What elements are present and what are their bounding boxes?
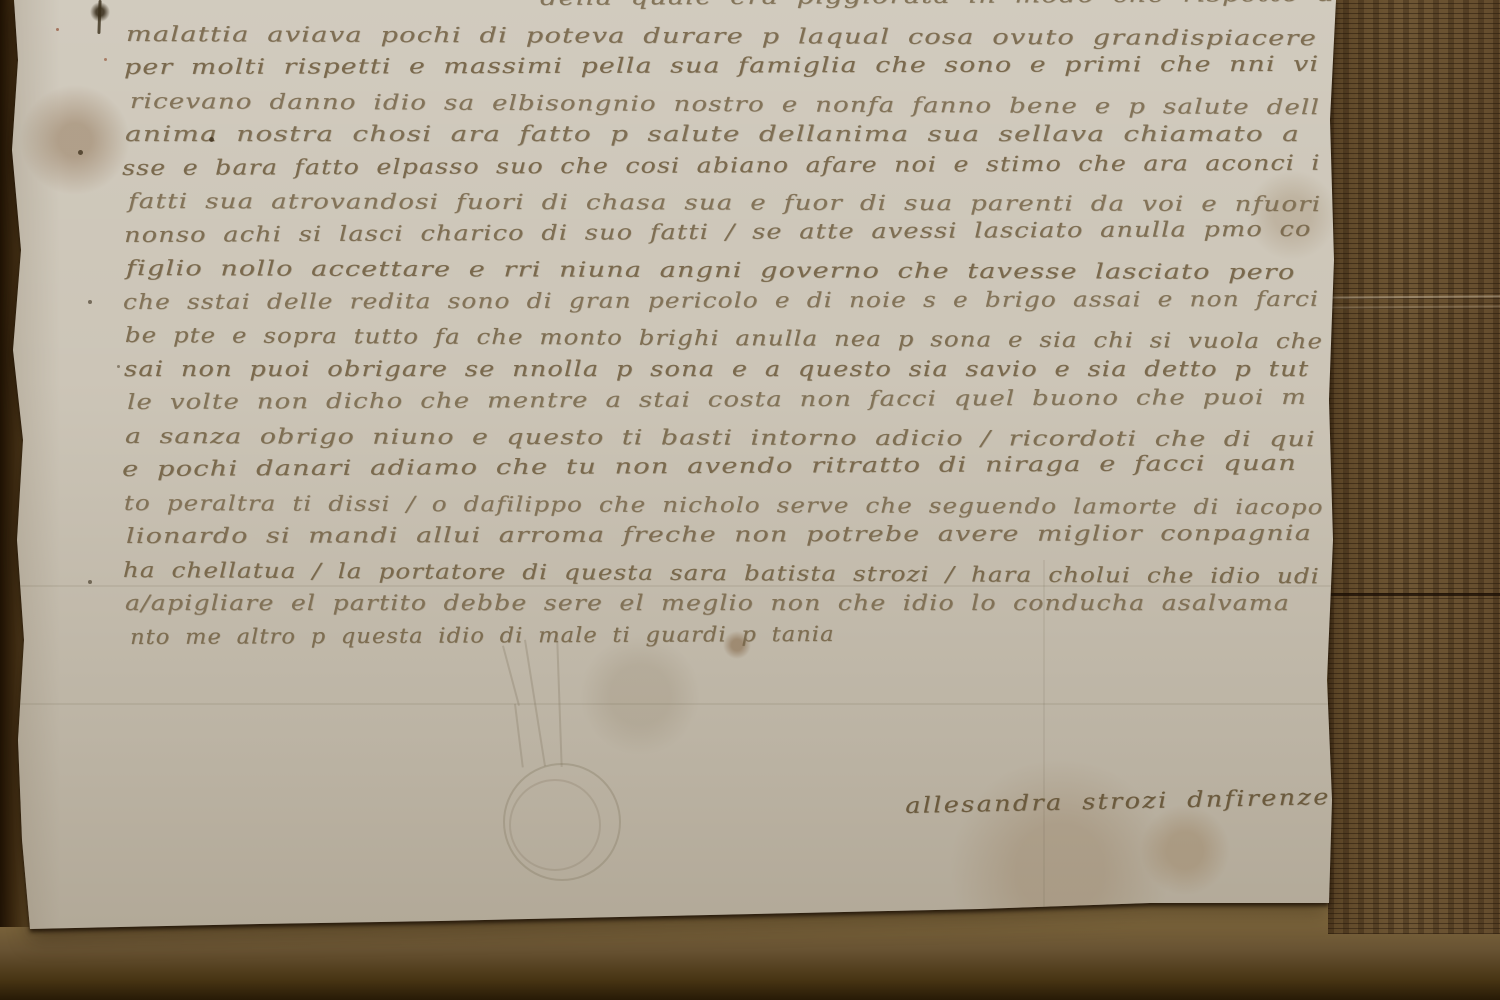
photograph: della quale era piggiorata in modo che r…	[0, 0, 1500, 1000]
manuscript-line: le volte non dicho che mentre a stai cos…	[127, 385, 1307, 414]
manuscript-line: nonso achi si lasci charico di suo fatti…	[124, 217, 1312, 247]
paper-speck	[88, 300, 92, 304]
manuscript-line: a/apigliare el partito debbe sere el meg…	[125, 591, 1290, 615]
manuscript-paper: della quale era piggiorata in modo che r…	[0, 0, 1500, 1000]
paper-crease	[1043, 560, 1045, 940]
manuscript-line: ha chellatua / la portatore di questa sa…	[123, 558, 1320, 588]
paper-speck	[209, 137, 214, 142]
watermark-line	[556, 633, 563, 767]
manuscript-line: anima nostra chosi ara fatto p salute de…	[125, 122, 1300, 146]
manuscript-line: fatti sua atrovandosi fuori di chasa sua…	[128, 189, 1321, 216]
manuscript-line: e pochi danari adiamo che tu non avendo …	[122, 451, 1297, 481]
manuscript-line: che sstai delle redita sono di gran peri…	[123, 287, 1319, 314]
paper-crease	[0, 703, 1500, 705]
manuscript-line: ricevano danno idio sa elbisongnio nostr…	[130, 89, 1320, 119]
manuscript-line: to peraltra ti dissi / o dafilippo che n…	[124, 491, 1324, 519]
manuscript-line: a sanza obrigo niuno e questo ti basti i…	[125, 424, 1316, 451]
manuscript-line: be pte e sopra tutto fa che monto brighi…	[125, 323, 1323, 353]
paper-speck	[78, 150, 83, 155]
watermark-line	[514, 704, 524, 768]
manuscript-line: malattia aviava pochi di poteva durare p…	[126, 22, 1317, 50]
paper-speck	[56, 28, 59, 31]
signature: allesandra strozi dnfirenze	[905, 785, 1331, 819]
paper-speck	[117, 365, 120, 368]
manuscript-line: nto me altro p questa idio di male ti gu…	[130, 622, 835, 649]
paper-speck	[88, 580, 92, 584]
manuscript-paper-shadow: della quale era piggiorata in modo che r…	[0, 0, 1500, 1000]
ink-mark	[97, 0, 101, 34]
manuscript-line: sai non puoi obrigare se nnolla p sona e…	[124, 357, 1309, 381]
watermark-circle-inner	[509, 779, 601, 871]
paper-speck	[104, 58, 107, 61]
manuscript-line: sse e bara fatto elpasso suo che cosi ab…	[122, 151, 1321, 180]
manuscript-line: lionardo si mandi allui arroma freche no…	[126, 521, 1312, 548]
manuscript-line: della quale era piggiorata in modo che r…	[540, 0, 1335, 10]
watermark-line	[502, 645, 520, 705]
manuscript-line: per molti rispetti e massimi pella sua f…	[124, 52, 1319, 79]
manuscript-line: figlio nollo accettare e rri niuna angni…	[126, 256, 1296, 284]
